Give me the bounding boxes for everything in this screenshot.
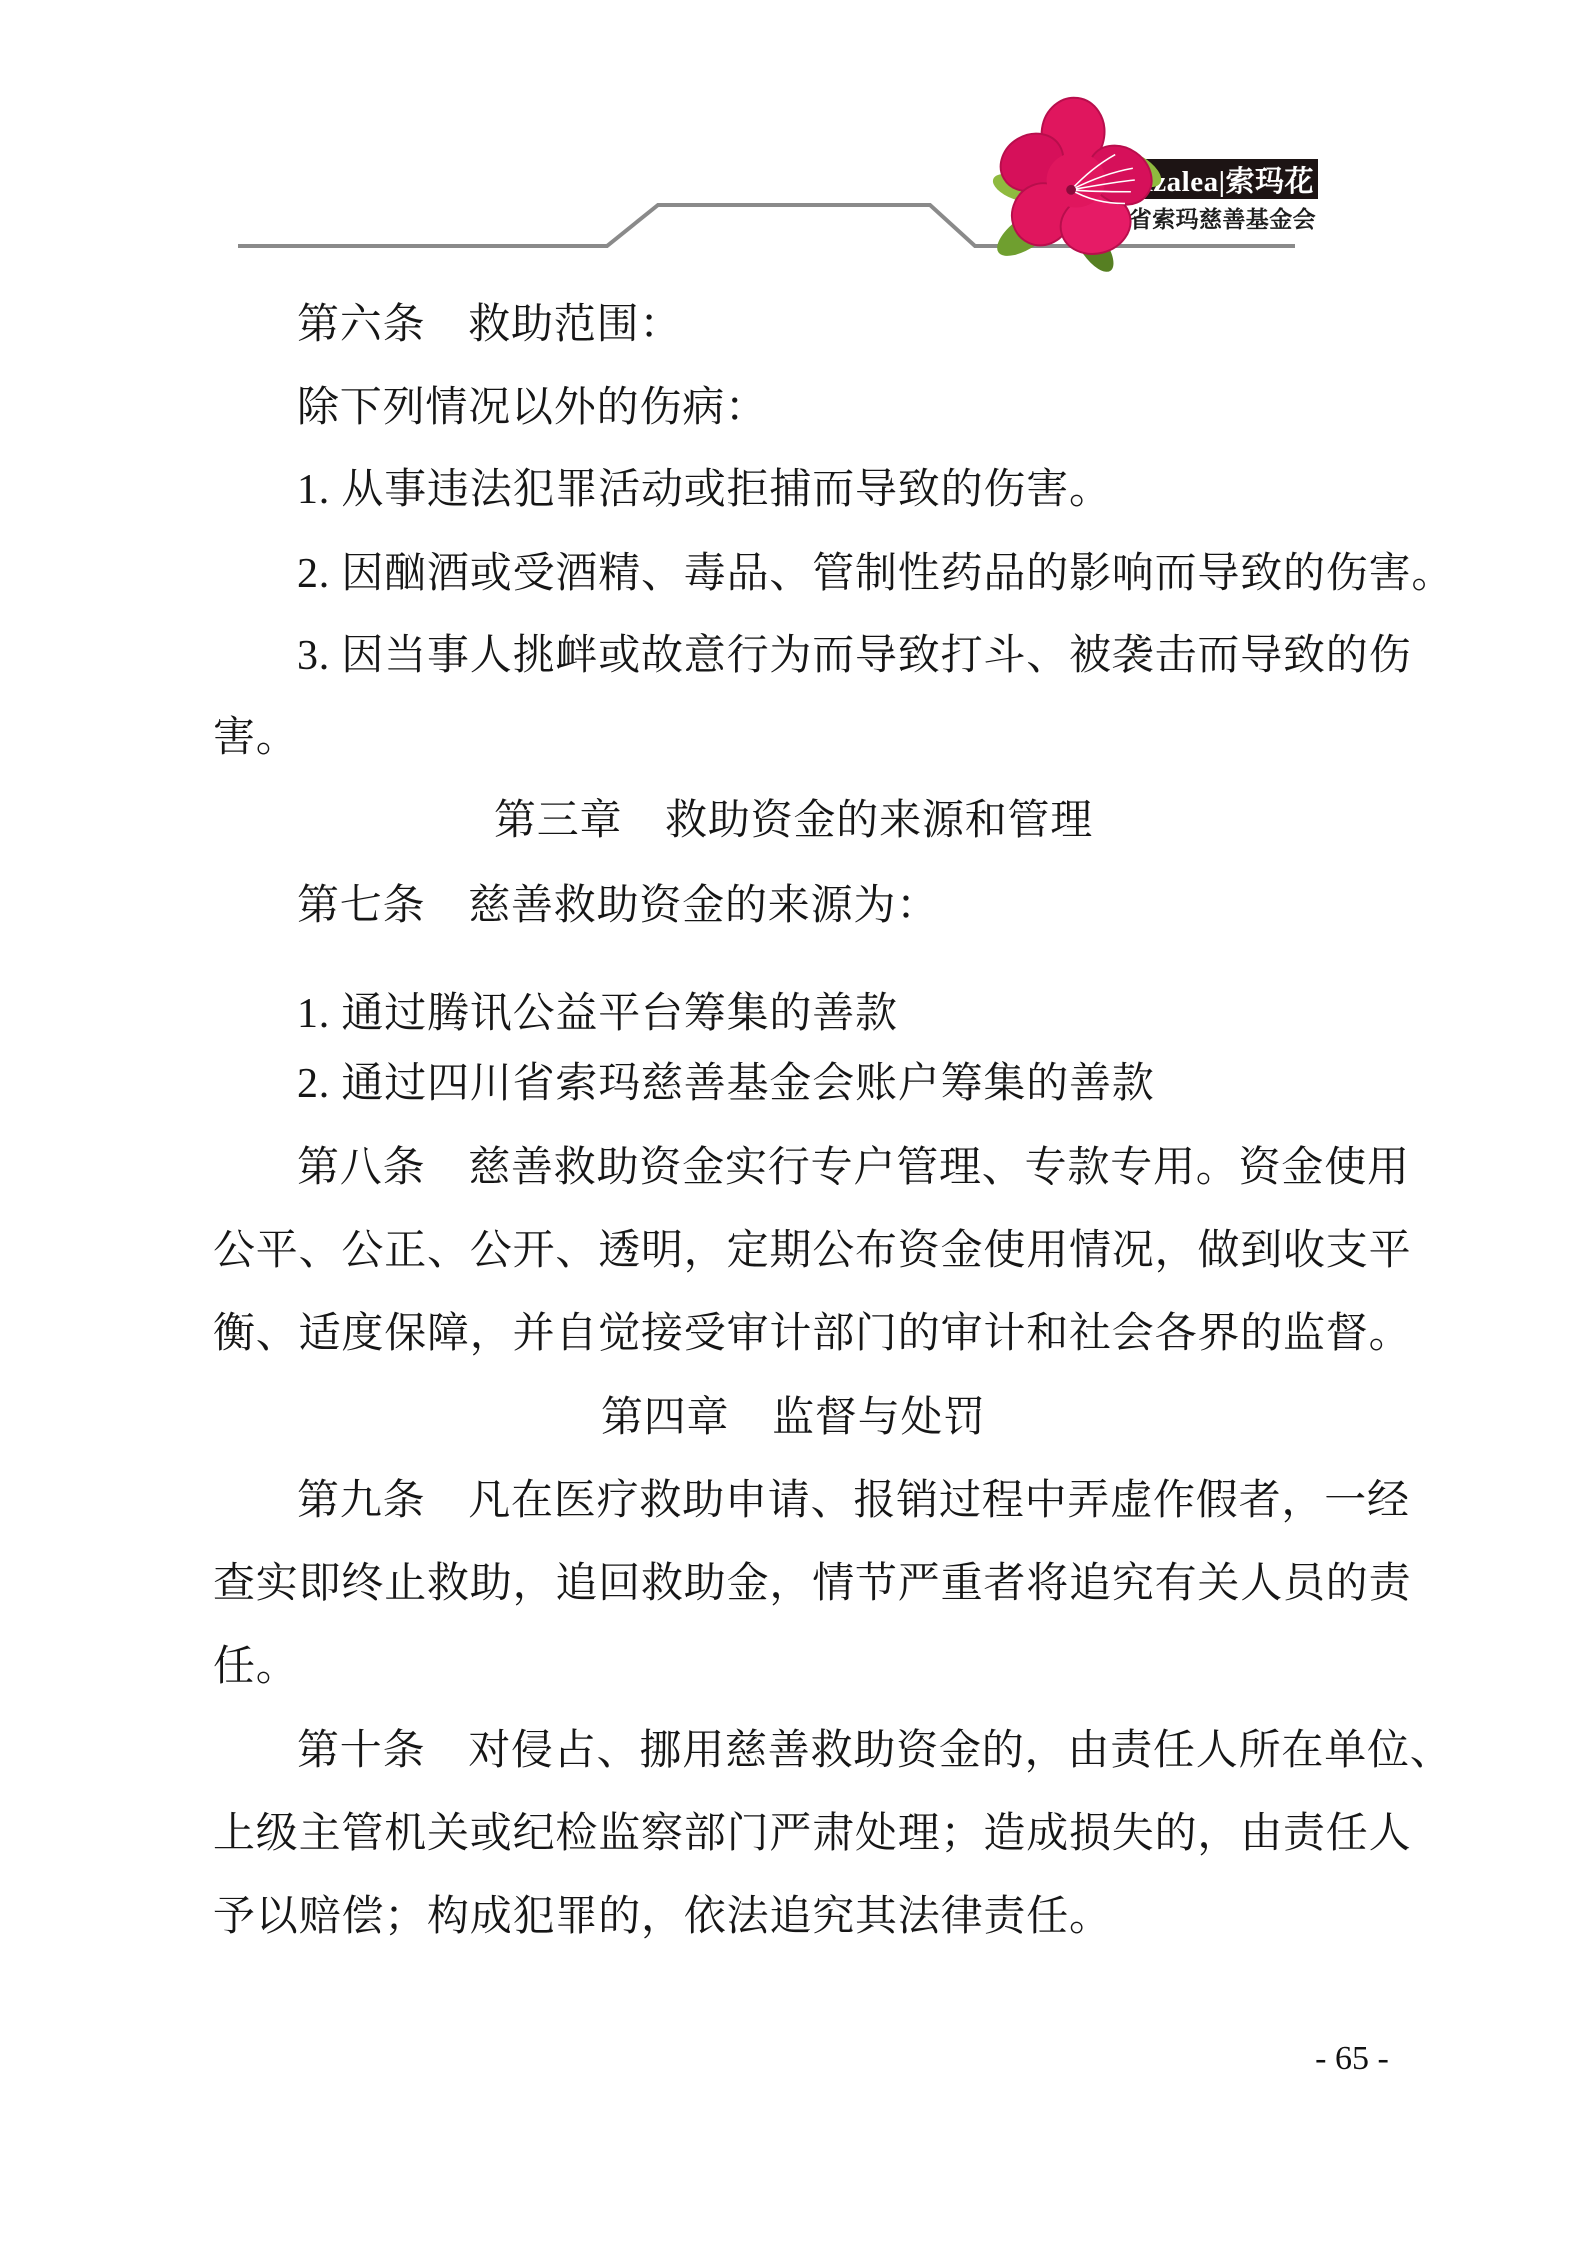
doc-line: 予以赔偿；构成犯罪的，依法追究其法律责任。: [213, 1894, 1112, 1940]
doc-line: 上级主管机关或纪检监察部门严肃处理；造成损失的，由责任人: [213, 1811, 1411, 1857]
doc-list-item: 1. 通过腾讯公益平台筹集的善款: [213, 991, 898, 1037]
doc-line: 公平、公正、公开、透明，定期公布资金使用情况，做到收支平: [213, 1228, 1411, 1274]
doc-list-item: 2. 通过四川省索玛慈善基金会账户筹集的善款: [213, 1061, 1155, 1107]
article-6-title: 第六条 救助范围：: [213, 302, 682, 348]
doc-list-item: 2. 因酗酒或受酒精、毒品、管制性药品的影响而导致的伤害。: [213, 551, 1454, 597]
chapter-4-heading: 第四章 监督与处罚: [0, 1395, 1587, 1441]
header-rule-line: [0, 0, 1587, 300]
article-9-title: 第九条 凡在医疗救助申请、报销过程中弄虚作假者，一经: [213, 1478, 1410, 1524]
doc-list-item: 3. 因当事人挑衅或故意行为而导致打斗、被袭击而导致的伤: [213, 633, 1411, 679]
doc-line: 任。: [213, 1644, 299, 1690]
chapter-3-heading: 第三章 救助资金的来源和管理: [0, 798, 1587, 844]
article-10-title: 第十条 对侵占、挪用慈善救助资金的，由责任人所在单位、: [213, 1728, 1453, 1774]
doc-list-item: 1. 从事违法犯罪活动或拒捕而导致的伤害。: [213, 467, 1112, 513]
doc-line: 害。: [213, 715, 299, 761]
document-page: Azalea|索玛花 四川省索玛慈善基金会: [0, 0, 1587, 2245]
doc-line: 查实即终止救助，追回救助金，情节严重者将追究有关人员的责: [213, 1561, 1411, 1607]
doc-line: 除下列情况以外的伤病：: [213, 385, 768, 431]
page-number: - 65 -: [1252, 2040, 1452, 2078]
article-8-title: 第八条 慈善救助资金实行专户管理、专款专用。资金使用: [213, 1145, 1410, 1191]
article-7-title: 第七条 慈善救助资金的来源为：: [213, 883, 939, 929]
azalea-flower-icon: [978, 82, 1174, 278]
doc-line: 衡、适度保障，并自觉接受审计部门的审计和社会各界的监督。: [213, 1311, 1411, 1357]
